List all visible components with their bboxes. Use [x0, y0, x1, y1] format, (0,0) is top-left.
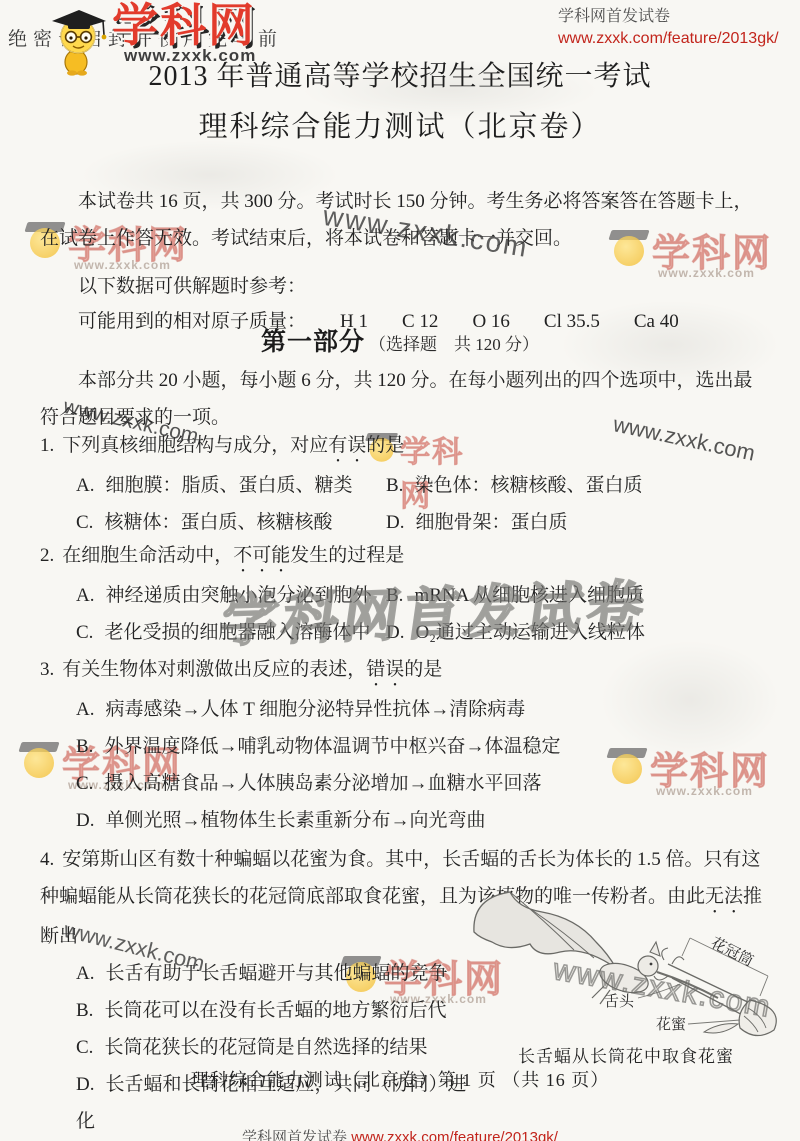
option-label: B. [386, 475, 403, 496]
option-C: C.摄入高糖食品→人体胰岛素分泌增加→血糖水平回落 [76, 765, 764, 802]
section-heading: 第一部分 （选择题 共 120 分） [0, 322, 800, 358]
release-url: www.zxxk.com/feature/2013gk/ [558, 28, 779, 50]
option-label: C. [76, 622, 93, 643]
option-text: 核糖体：蛋白质、核糖核酸 [104, 512, 332, 533]
exam-subtitle: 理科综合能力测试（北京卷） [0, 104, 800, 145]
release-info: 学科网首发试卷 www.zxxk.com/feature/2013gk/ [558, 6, 779, 50]
data-reference-note: 以下数据可供解题时参考： [40, 268, 764, 305]
stem-text: 发生的过程是 [290, 545, 404, 566]
stem-text: 的是 [404, 659, 442, 680]
option-text: 细胞骨架：蛋白质 [415, 512, 567, 533]
option-label: A. [76, 475, 94, 496]
question-number: 2. [40, 545, 54, 566]
stem-text: 有关生物体对刺激做出反应的表述， [62, 659, 366, 680]
option-C: C.长筒花狭长的花冠筒是自然选择的结果 [76, 1029, 470, 1066]
scanned-exam-page: 绝密★启封并使用完毕前 学科网 www.zxxk.com 学科网首发试卷 www… [0, 0, 800, 1141]
option-label: A. [76, 963, 94, 984]
option-text: 长筒花可以在没有长舌蝠的地方繁衍后代 [104, 1000, 446, 1021]
stem-emphasis: 有误 [328, 435, 366, 456]
question-3: 3.有关生物体对刺激做出反应的表述，错误的是 A.病毒感染→人体 T 细胞分泌特… [40, 651, 764, 839]
option-D: D.单侧光照→植物体生长素重新分布→向光弯曲 [76, 802, 764, 839]
stem-text: 的是 [366, 435, 404, 456]
option-B: B.外界温度降低→哺乳动物体温调节中枢兴奋→体温稳定 [76, 728, 764, 765]
question-number: 3. [40, 659, 54, 680]
logo-mascot-icon [46, 2, 110, 76]
option-list: A.长舌有助于长舌蝠避开与其他蝙蝠的竞争 B.长筒花可以在没有长舌蝠的地方繁衍后… [40, 955, 470, 1140]
footer-page-number: 理科综合能力测试（北京卷）第 1 页 （共 16 页） [0, 1066, 800, 1092]
option-B: B.染色体：核糖核酸、蛋白质 [386, 467, 764, 504]
option-label: D. [386, 512, 404, 533]
bottom-note-url: www.zxxk.com/feature/2013gk/ [351, 1129, 558, 1141]
watermark-first-release: 学科网首发试卷 [216, 562, 654, 657]
stem-text: 在细胞生命活动中， [62, 545, 233, 566]
option-label: C. [76, 773, 93, 794]
question-number: 4. [40, 849, 54, 870]
option-list: A.病毒感染→人体 T 细胞分泌特异性抗体→清除病毒 B.外界温度降低→哺乳动物… [40, 691, 764, 839]
option-text: 病毒感染→人体 T 细胞分泌特异性抗体→清除病毒 [105, 699, 525, 720]
option-B: B.长筒花可以在没有长舌蝠的地方繁衍后代 [76, 992, 470, 1029]
bottom-note: 学科网首发试卷 www.zxxk.com/feature/2013gk/ [0, 1126, 800, 1141]
section-title: 第一部分 [261, 329, 365, 356]
option-text: 细胞膜：脂质、蛋白质、糖类 [105, 475, 352, 496]
option-text: 染色体：核糖核酸、蛋白质 [414, 475, 642, 496]
figure-label-corolla: 花冠筒 [708, 934, 756, 970]
option-C: C.核糖体：蛋白质、核糖核酸 [76, 504, 386, 541]
option-text: 摄入高糖食品→人体胰岛素分泌增加→血糖水平回落 [104, 773, 541, 794]
section-subtitle: （选择题 共 120 分） [369, 335, 539, 354]
option-label: C. [76, 512, 93, 533]
option-D: D.细胞骨架：蛋白质 [386, 504, 764, 541]
stem-emphasis: 错误 [366, 659, 404, 680]
release-label: 学科网首发试卷 [558, 6, 779, 28]
option-label: A. [76, 585, 94, 606]
logo-brand: 学科网 [112, 2, 256, 48]
option-label: B. [76, 1000, 93, 1021]
option-A: A.病毒感染→人体 T 细胞分泌特异性抗体→清除病毒 [76, 691, 764, 728]
option-text: 单侧光照→植物体生长素重新分布→向光弯曲 [105, 810, 485, 831]
question-number: 1. [40, 435, 54, 456]
option-text: 外界温度降低→哺乳动物体温调节中枢兴奋→体温稳定 [104, 736, 560, 757]
logo-site-url: www.zxxk.com [124, 46, 256, 66]
question-stem: 3.有关生物体对刺激做出反应的表述，错误的是 [40, 651, 764, 691]
option-text: 长筒花狭长的花冠筒是自然选择的结果 [104, 1037, 427, 1058]
bottom-note-label: 学科网首发试卷 [242, 1129, 347, 1141]
option-label: D. [76, 810, 94, 831]
figure-label-nectar: 花蜜 [656, 1015, 686, 1033]
site-logo: 学科网 www.zxxk.com [46, 0, 346, 72]
option-list: A.细胞膜：脂质、蛋白质、糖类 B.染色体：核糖核酸、蛋白质 C.核糖体：蛋白质… [40, 467, 764, 541]
option-label: A. [76, 699, 94, 720]
option-A: A.细胞膜：脂质、蛋白质、糖类 [76, 467, 386, 504]
figure-caption: 长舌蝠从长筒花中取食花蜜 [452, 1042, 800, 1067]
stem-emphasis: 不可能 [233, 545, 290, 566]
option-label: C. [76, 1037, 93, 1058]
option-label: B. [76, 736, 93, 757]
